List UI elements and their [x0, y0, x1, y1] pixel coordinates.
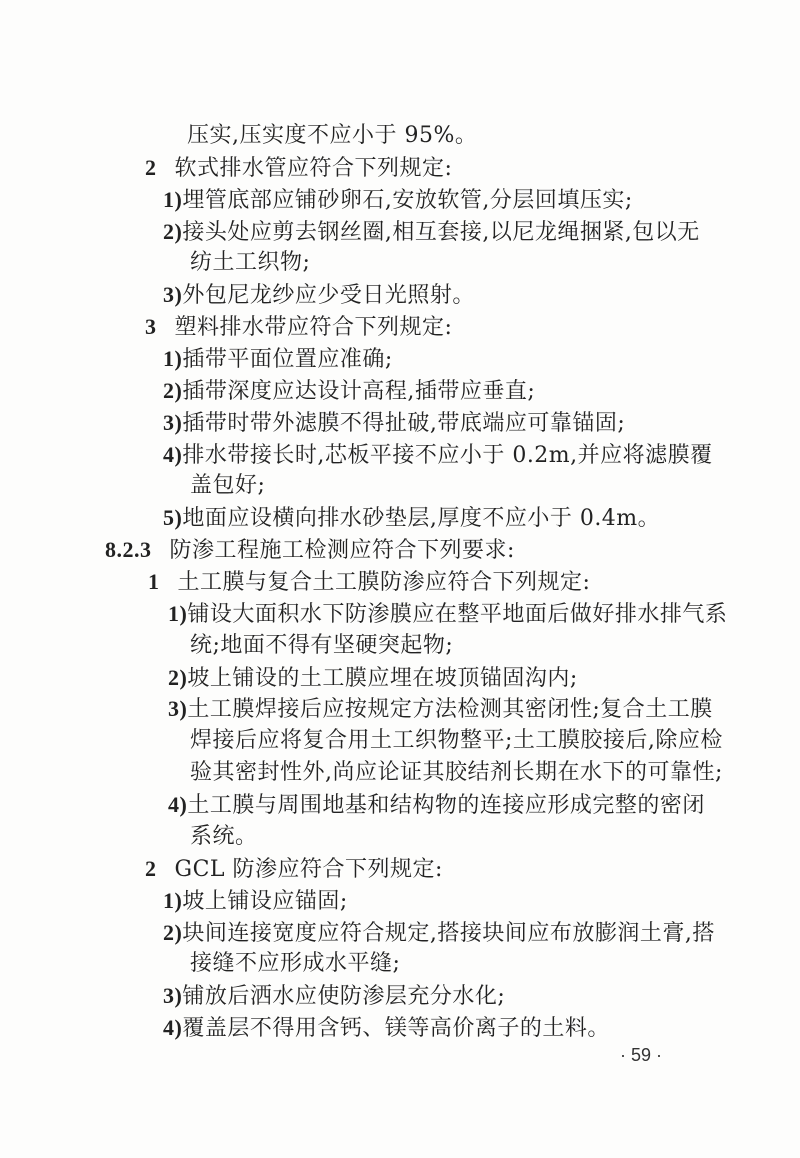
- clause-text: 埋管底部应铺砂卵石,安放软管,分层回填压实;: [182, 188, 632, 213]
- clause-line: 1)埋管底部应铺砂卵石,安放软管,分层回填压实;: [163, 185, 633, 216]
- clause-number: 1): [163, 346, 182, 371]
- continuation-line: 压实,压实度不应小于 95%。: [187, 121, 477, 151]
- clause-text: 铺放后洒水应使防渗层充分水化;: [182, 984, 505, 1009]
- clause-text: 接缝不应形成水平缝;: [190, 951, 400, 976]
- clause-line: 1)插带平面位置应准确;: [163, 344, 393, 375]
- clause-text: 土工膜焊接后应按规定方法检测其密闭性;复合土工膜: [187, 697, 712, 722]
- continuation-line: 验其密封性外,尚应论证其胶结剂长期在水下的可靠性;: [190, 758, 723, 788]
- clause-line: 3塑料排水带应符合下列规定:: [145, 312, 452, 343]
- clause-number: 8.2.3: [105, 537, 152, 562]
- clause-line: 1)坡上铺设应锚固;: [163, 886, 348, 917]
- clause-text: 压实,压实度不应小于 95%。: [187, 123, 477, 148]
- clause-number: 4): [163, 442, 182, 467]
- clause-line: 4)排水带接长时,芯板平接不应小于 0.2m,并应将滤膜覆: [163, 440, 713, 471]
- clause-line: 3)插带时带外滤膜不得扯破,带底端应可靠锚固;: [163, 408, 625, 439]
- continuation-line: 接缝不应形成水平缝;: [190, 949, 400, 979]
- clause-text: 插带平面位置应准确;: [182, 347, 392, 372]
- clause-number: 2: [145, 856, 157, 881]
- clause-text: 焊接后应将复合用土工织物整平;土工膜胶接后,除应检: [190, 728, 723, 753]
- clause-text: 软式排水管应符合下列规定:: [175, 156, 453, 181]
- continuation-line: 盖包好;: [190, 471, 265, 501]
- clause-text: 验其密封性外,尚应论证其胶结剂长期在水下的可靠性;: [190, 760, 723, 785]
- clause-line: 4)土工膜与周围地基和结构物的连接应形成完整的密闭: [168, 790, 705, 821]
- clause-text: 坡上铺设应锚固;: [182, 889, 347, 914]
- clause-text: 排水带接长时,芯板平接不应小于 0.2m,并应将滤膜覆: [182, 443, 712, 468]
- continuation-line: 系统。: [190, 822, 258, 852]
- clause-number: 3): [163, 983, 182, 1008]
- clause-number: 2): [163, 378, 182, 403]
- continuation-line: 纺土工织物;: [190, 248, 310, 278]
- clause-line: 1土工膜与复合土工膜防渗应符合下列规定:: [148, 567, 590, 598]
- clause-line: 2)块间连接宽度应符合规定,搭接块间应布放膨润土膏,搭: [163, 918, 715, 949]
- clause-text: 防渗工程施工检测应符合下列要求:: [170, 538, 515, 563]
- clause-text: 统;地面不得有坚硬突起物;: [190, 633, 453, 658]
- clause-line: 2)接头处应剪去钢丝圈,相互套接,以尼龙绳捆紧,包以无: [163, 217, 700, 248]
- clause-number: 2): [163, 920, 182, 945]
- clause-text: 坡上铺设的土工膜应埋在坡顶锚固沟内;: [187, 666, 577, 691]
- clause-number: 2: [145, 155, 157, 180]
- clause-text: 系统。: [190, 824, 258, 849]
- clause-line: 3)铺放后洒水应使防渗层充分水化;: [163, 981, 505, 1012]
- clause-text: 地面应设横向排水砂垫层,厚度不应小于 0.4m。: [182, 506, 660, 531]
- clause-number: 5): [163, 505, 182, 530]
- clause-number: 4): [163, 1015, 182, 1040]
- clause-line: 2)插带深度应达设计高程,插带应垂直;: [163, 376, 535, 407]
- clause-line: 4)覆盖层不得用含钙、镁等高价离子的土料。: [163, 1013, 610, 1044]
- document-page: 压实,压实度不应小于 95%。2软式排水管应符合下列规定:1)埋管底部应铺砂卵石…: [0, 0, 800, 1158]
- clause-number: 3): [163, 282, 182, 307]
- clause-number: 4): [168, 792, 187, 817]
- clause-text: 盖包好;: [190, 473, 265, 498]
- continuation-line: 焊接后应将复合用土工织物整平;土工膜胶接后,除应检: [190, 726, 723, 756]
- clause-number: 3: [145, 314, 157, 339]
- clause-line: 8.2.3防渗工程施工检测应符合下列要求:: [105, 535, 515, 566]
- clause-text: 铺设大面积水下防渗膜应在整平地面后做好排水排气系: [187, 602, 727, 627]
- clause-number: 3): [163, 410, 182, 435]
- clause-number: 1): [168, 601, 187, 626]
- clause-line: 2GCL 防渗应符合下列规定:: [145, 854, 443, 885]
- clause-line: 2软式排水管应符合下列规定:: [145, 153, 452, 184]
- clause-line: 2)坡上铺设的土工膜应埋在坡顶锚固沟内;: [168, 663, 578, 694]
- clause-line: 3)土工膜焊接后应按规定方法检测其密闭性;复合土工膜: [168, 694, 713, 725]
- continuation-line: 统;地面不得有坚硬突起物;: [190, 631, 453, 661]
- clause-number: 2): [163, 219, 182, 244]
- clause-text: 块间连接宽度应符合规定,搭接块间应布放膨润土膏,搭: [182, 921, 715, 946]
- clause-text: 纺土工织物;: [190, 250, 310, 275]
- clause-text: 接头处应剪去钢丝圈,相互套接,以尼龙绳捆紧,包以无: [182, 220, 699, 245]
- clause-line: 1)铺设大面积水下防渗膜应在整平地面后做好排水排气系: [168, 599, 727, 630]
- clause-number: 1): [163, 888, 182, 913]
- clause-number: 2): [168, 665, 187, 690]
- clause-text: 覆盖层不得用含钙、镁等高价离子的土料。: [182, 1016, 610, 1041]
- clause-text: 塑料排水带应符合下列规定:: [175, 315, 453, 340]
- clause-text: 插带时带外滤膜不得扯破,带底端应可靠锚固;: [182, 411, 625, 436]
- clause-text: 外包尼龙纱应少受日光照射。: [182, 283, 475, 308]
- clause-line: 3)外包尼龙纱应少受日光照射。: [163, 280, 475, 311]
- page-number: · 59 ·: [620, 1045, 662, 1066]
- clause-text: 土工膜与周围地基和结构物的连接应形成完整的密闭: [187, 793, 705, 818]
- clause-text: 插带深度应达设计高程,插带应垂直;: [182, 379, 535, 404]
- clause-number: 3): [168, 696, 187, 721]
- clause-text: 土工膜与复合土工膜防渗应符合下列规定:: [178, 570, 591, 595]
- clause-number: 1): [163, 187, 182, 212]
- clause-text: GCL 防渗应符合下列规定:: [175, 857, 443, 882]
- clause-line: 5)地面应设横向排水砂垫层,厚度不应小于 0.4m。: [163, 503, 660, 534]
- clause-number: 1: [148, 569, 160, 594]
